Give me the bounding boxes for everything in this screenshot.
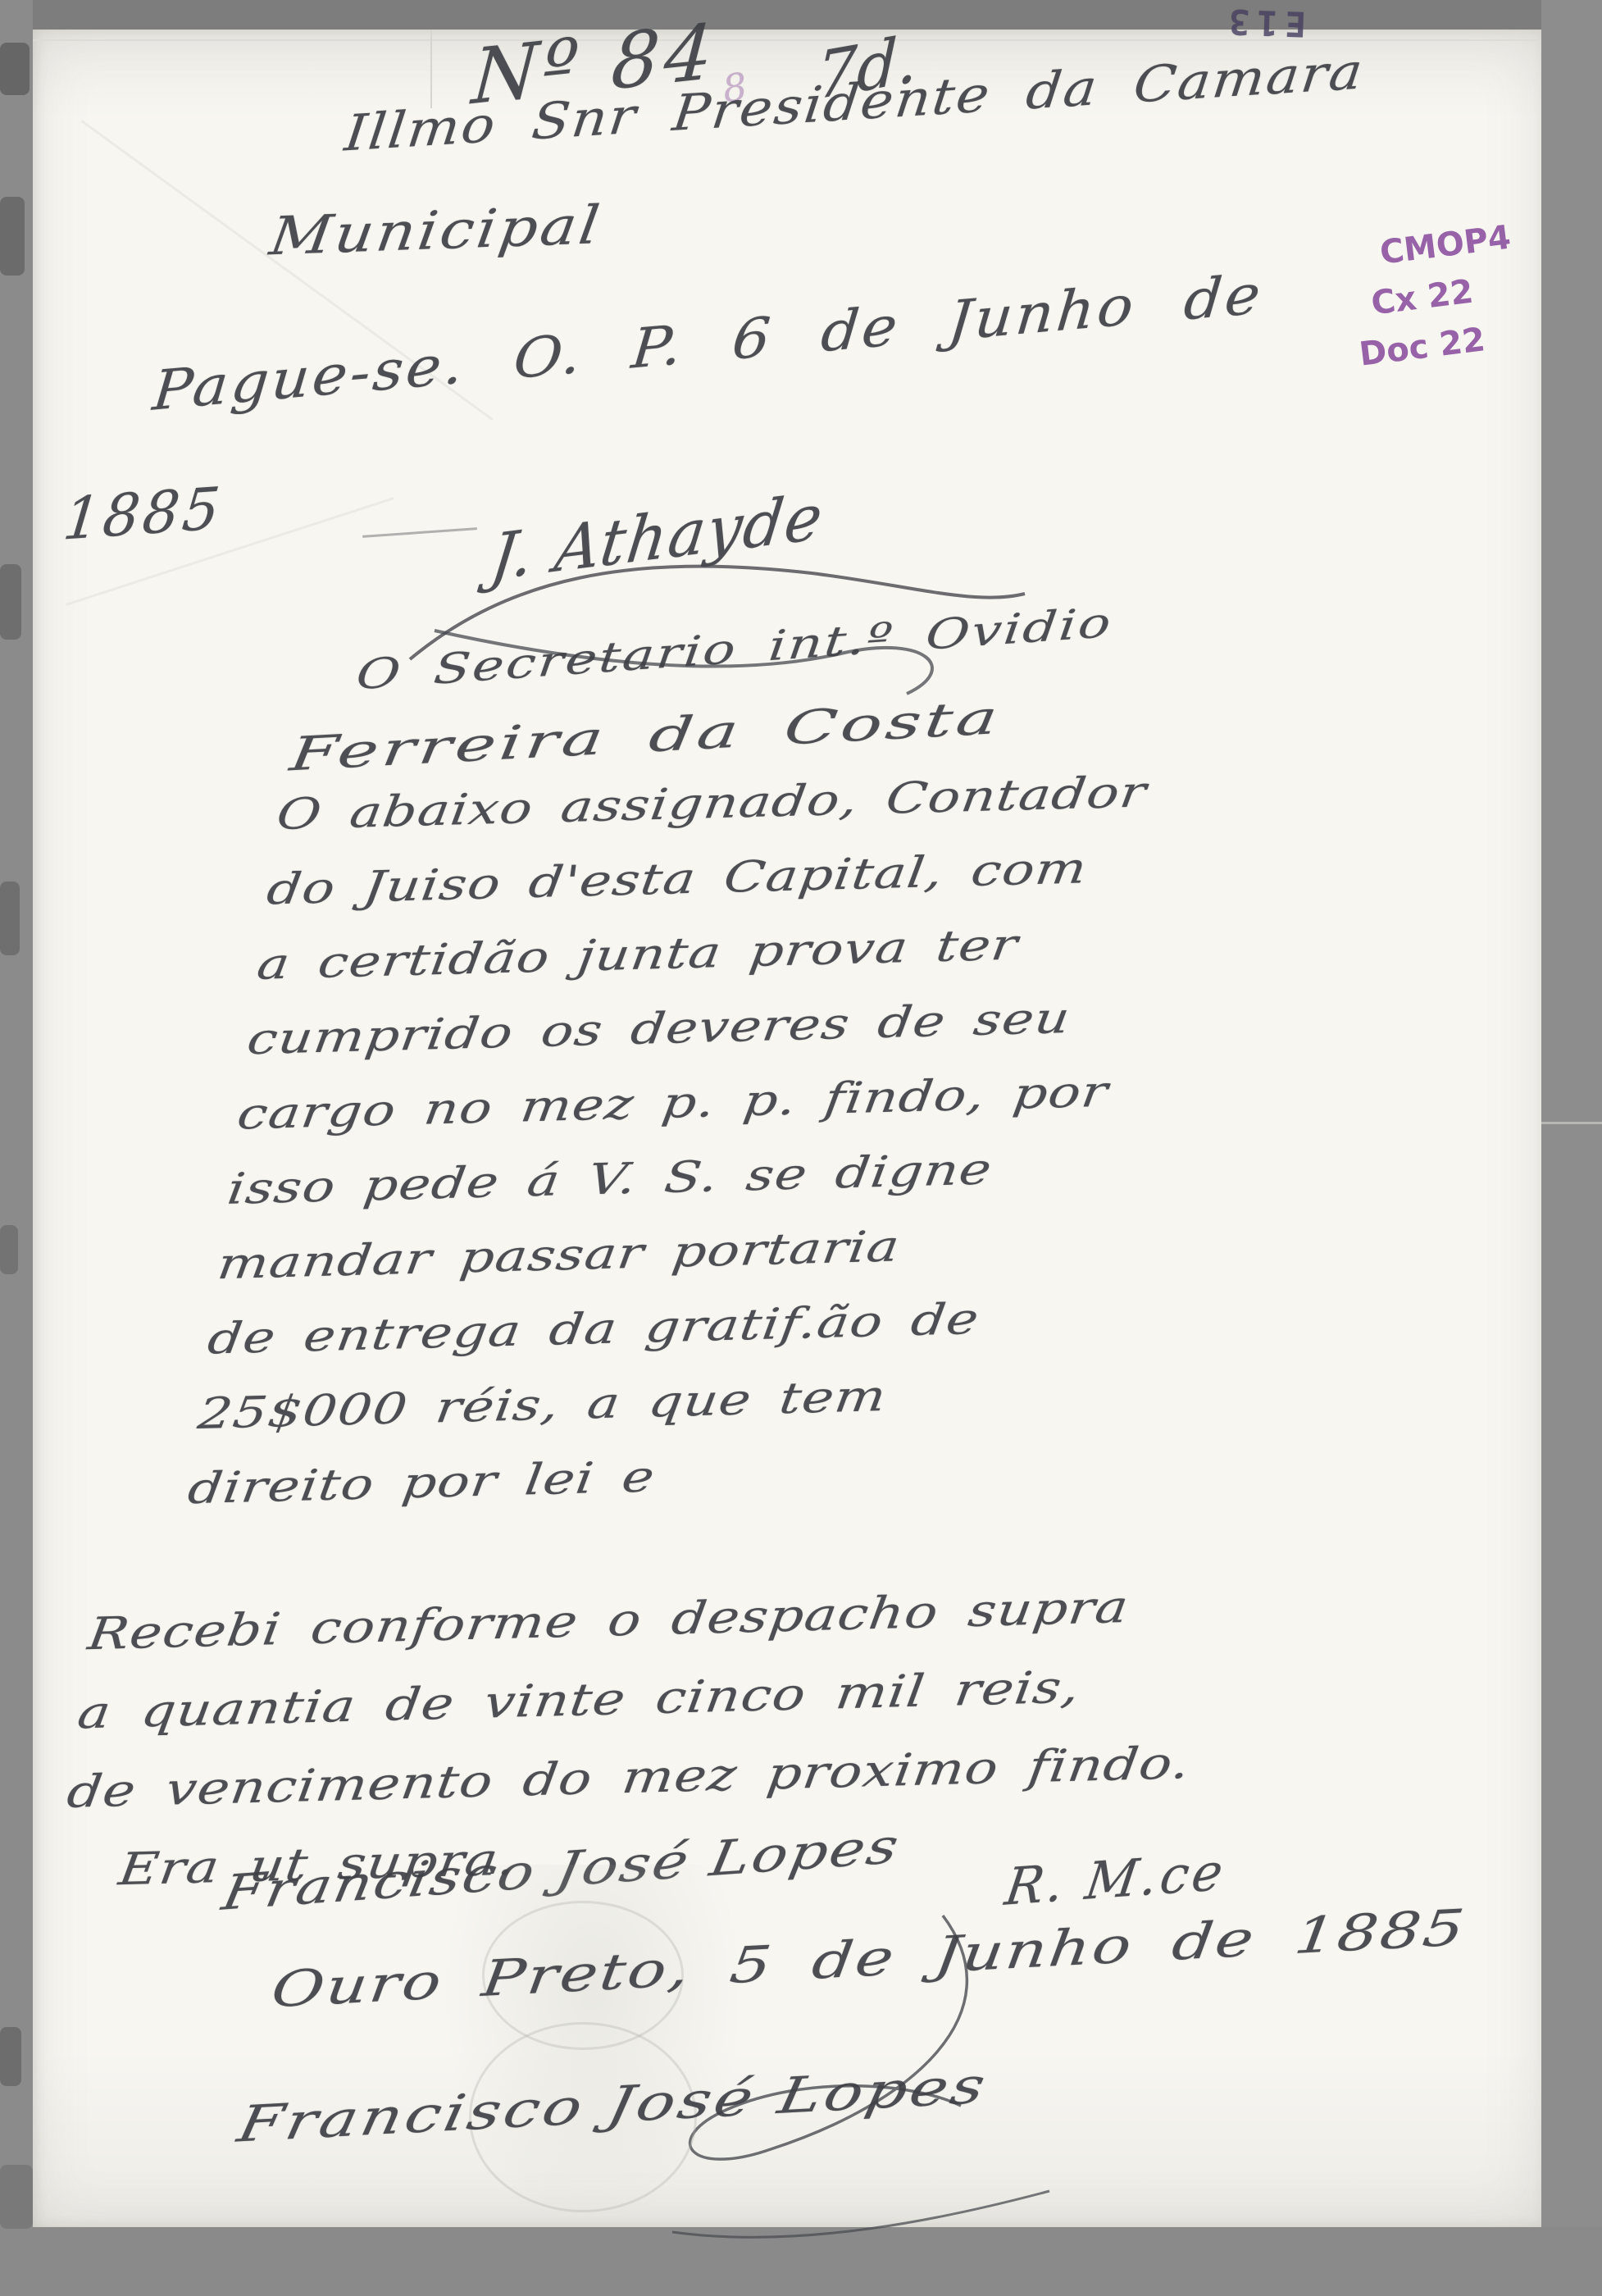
edge-shadow	[0, 43, 30, 95]
paper-fold-line	[33, 39, 1541, 41]
petition-body: O abaixo assignado, Contador do Juiso d'…	[182, 768, 1151, 1539]
edge-shadow	[0, 564, 21, 640]
payment-order-text: Pague-se. O. P. 6 de Junho de	[150, 262, 1265, 423]
scanner-band-left	[0, 0, 33, 2227]
scanner-band-right	[1541, 0, 1602, 2227]
scanner-band-bottom	[0, 2227, 1602, 2296]
corner-stamp: E13	[1221, 1, 1307, 44]
scanner-artifact-line	[1541, 1122, 1602, 1124]
edge-shadow	[0, 1225, 18, 1274]
edge-shadow	[0, 2165, 33, 2229]
edge-shadow	[0, 197, 25, 276]
secretary-line-1: O Secretario int.º Ovidio	[354, 599, 1115, 699]
addressee-line-2: Municipal	[266, 195, 606, 268]
pen-dash	[362, 527, 477, 538]
president-signature: J. Athayde	[487, 479, 828, 594]
edge-shadow	[0, 2027, 21, 2086]
scanner-band-top	[0, 0, 1602, 30]
edge-shadow	[0, 881, 20, 955]
paper-crease	[430, 30, 432, 108]
secretary-line-2: Ferreira da Costa	[287, 691, 1004, 782]
document-page: Nº 84 7d. 8 E13 CMOP4 Cx 22 Doc 22 Illmo…	[33, 30, 1541, 2227]
scanned-document: Nº 84 7d. 8 E13 CMOP4 Cx 22 Doc 22 Illmo…	[0, 0, 1602, 2296]
archive-reference-note: CMOP4 Cx 22 Doc 22	[1345, 213, 1526, 380]
payment-order-year: 1885	[60, 474, 225, 553]
